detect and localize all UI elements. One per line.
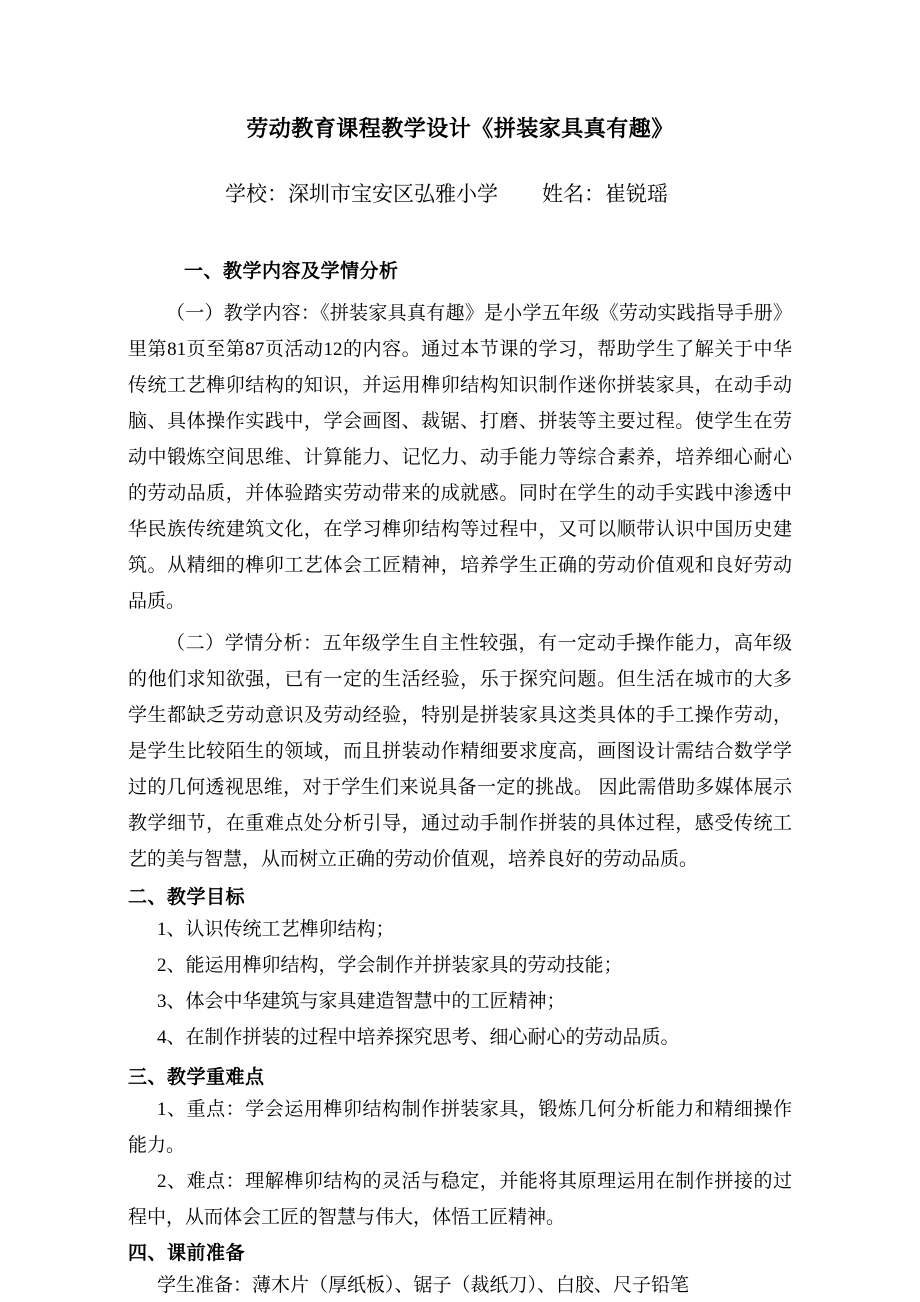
section4-paragraph-student-preparation: 学生准备：薄木片（厚纸板）、锯子（裁纸刀）、白胶、尺子铅笔 <box>128 1268 792 1302</box>
document-page: 劳动教育课程教学设计《拼装家具真有趣》 学校：深圳市宝安区弘雅小学 姓名：崔锐瑶… <box>0 0 920 1302</box>
section1-heading: 一、教学内容及学情分析 <box>184 258 792 286</box>
document-title: 劳动教育课程教学设计《拼装家具真有趣》 <box>128 0 792 144</box>
teaching-goal-item-4: 4、在制作拼装的过程中培养探究思考、细心耐心的劳动品质。 <box>128 1020 792 1056</box>
section4-heading: 四、课前准备 <box>128 1240 792 1268</box>
byline: 学校：深圳市宝安区弘雅小学 姓名：崔锐瑶 <box>225 180 792 208</box>
teaching-goal-item-3: 3、体会中华建筑与家具建造智慧中的工匠精神； <box>128 984 792 1020</box>
byline-school: 学校：深圳市宝安区弘雅小学 <box>225 180 498 208</box>
teaching-goal-item-2: 2、能运用榫卯结构，学会制作并拼装家具的劳动技能； <box>128 948 792 984</box>
section2-heading: 二、教学目标 <box>128 884 792 912</box>
section3-paragraph-key-point: 1、重点：学会运用榫卯结构制作拼装家具，锻炼几何分析能力和精细操作能力。 <box>128 1092 792 1164</box>
section1-paragraph-teaching-content: （一）教学内容：《拼装家具真有趣》是小学五年级《劳动实践指导手册》里第81页至第… <box>128 296 792 620</box>
byline-author: 姓名：崔锐瑶 <box>542 180 668 208</box>
section1-paragraph-learner-analysis: （二）学情分析：五年级学生自主性较强，有一定动手操作能力，高年级的他们求知欲强，… <box>128 626 792 878</box>
section3-heading: 三、教学重难点 <box>128 1064 792 1092</box>
section3-paragraph-difficult-point: 2、难点：理解榫卯结构的灵活与稳定，并能将其原理运用在制作拼接的过程中，从而体会… <box>128 1164 792 1236</box>
teaching-goal-item-1: 1、认识传统工艺榫卯结构； <box>128 912 792 948</box>
